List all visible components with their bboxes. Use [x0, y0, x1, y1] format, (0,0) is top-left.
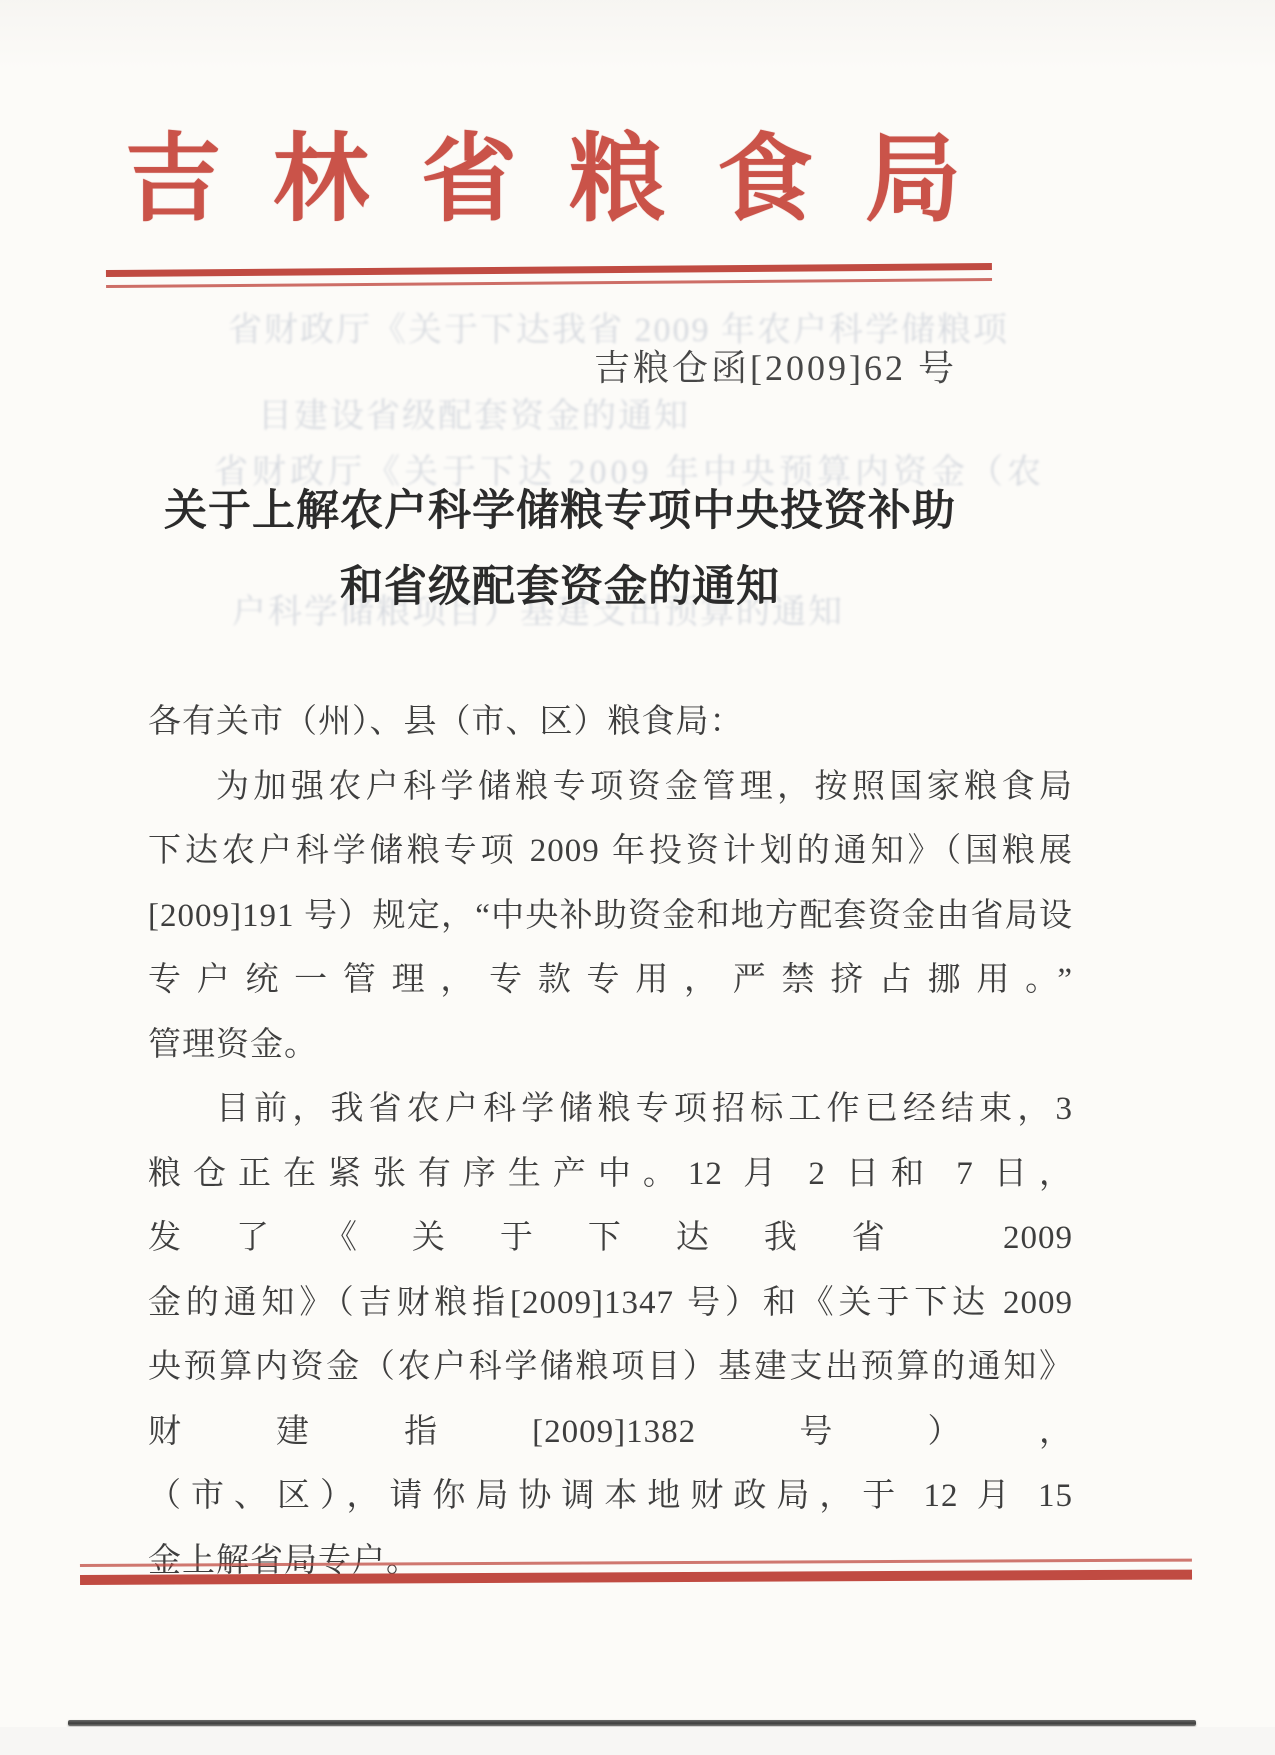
scanner-page-edge-line [68, 1720, 1196, 1726]
body-text-line: [2009]191 号）规定，“中央补助资金和地方配套资金由省局设 [148, 884, 1073, 949]
body-text-line: 发了《关于下达我省 2009 年农户科学储粮项目建设省级配套资 [148, 1206, 1073, 1271]
body-text-line: 目前，我省农户科学储粮专项招标工作已经结束，3 万套储 [148, 1077, 1073, 1142]
document-body: 各有关市（州）、县（市、区）粮食局：为加强农户科学储粮专项资金管理，按照国家粮食… [148, 690, 1073, 1593]
body-text-line: 管理资金。 [148, 1013, 1073, 1078]
body-text-line: 粮仓正在紧张有序生产中。12 月 2 日和 7 日，省财政厅分别下 [148, 1142, 1073, 1207]
body-text-line: （市、区），请你局协调本地财政局，于 12 月 15 日前将项目资 [148, 1464, 1073, 1529]
scanner-background [0, 1727, 1275, 1755]
letterhead-divider-double-rule [106, 263, 992, 288]
document-title-line-2: 和省级配套资金的通知 [110, 550, 1010, 626]
body-text-line: 下达农户科学储粮专项 2009 年投资计划的通知》（国粮展 [148, 819, 1073, 884]
body-text-line: 专户统一管理，专款专用，严禁挤占挪用。” 省局已设专户统一 [148, 948, 1073, 1013]
document-title-line-1: 关于上解农户科学储粮专项中央投资补助 [110, 474, 1010, 550]
scanned-official-document-page: 吉 林 省 粮 食 局 省财政厅《关于下达我省 2009 年农户科学储粮项 目建… [0, 0, 1275, 1755]
show-through-text: 目建设省级配套资金的通知 [258, 388, 690, 437]
body-text-line: 央预算内资金（农户科学储粮项目）基建支出预算的通知》（吉 [148, 1335, 1073, 1400]
agency-letterhead-title: 吉 林 省 粮 食 局 [100, 122, 1000, 237]
body-text-line: 为加强农户科学储粮专项资金管理，按照国家粮食局《关于 [148, 755, 1073, 820]
document-reference-number: 吉粮仓函[2009]62 号 [0, 340, 957, 391]
body-text-line: 金的通知》（吉财粮指[2009]1347 号）和《关于下达 2009 年中 [148, 1271, 1073, 1336]
document-title: 关于上解农户科学储粮专项中央投资补助 和省级配套资金的通知 [110, 474, 1010, 626]
body-text-line: 各有关市（州）、县（市、区）粮食局： [148, 690, 1073, 755]
body-text-line: 财建指[2009]1382 号），将农户储粮专项资金下拨到有关项目县 [148, 1400, 1073, 1465]
